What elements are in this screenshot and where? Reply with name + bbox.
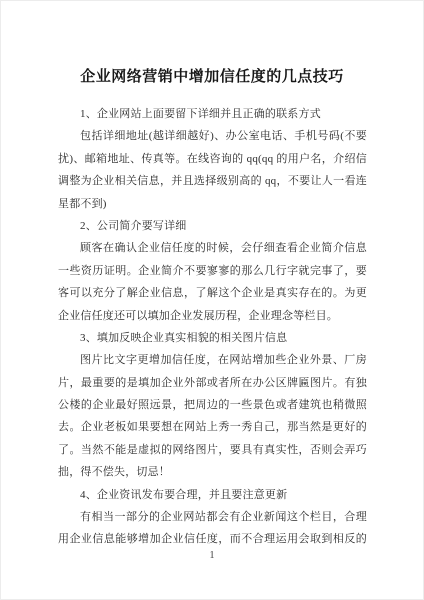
text-line: 扰)、邮箱地址、传真等。在线咨询的 qq(qq 的用户名，介绍信息都 <box>58 148 367 170</box>
text-line: 星都不到) <box>58 193 367 215</box>
text-line: 顾客在确认企业信任度的时候，会仔细查看企业简介信息包括 <box>58 237 367 259</box>
text-line: 一些资历证明。企业简介不要寥寥的那么几行字就完事了，要让顾 <box>58 260 367 282</box>
text-line: 了。当然不能是虚拟的网络图片，要具有真实性，否则会弄巧成 <box>58 439 367 461</box>
document-title: 企业网络营销中增加信任度的几点技巧 <box>45 65 379 89</box>
document-body: 1、企业网站上面要留下详细并且正确的联系方式包括详细地址(越详细越好)、办公室电… <box>58 103 367 551</box>
text-line: 2、公司简介要写详细 <box>58 215 367 237</box>
text-line: 公楼的企业最好照远景，把周边的一些景色或者建筑也稍微照点进 <box>58 394 367 416</box>
text-line: 去。企业老板如果要想在网站上秀一秀自己，那当然是更好的选择 <box>58 416 367 438</box>
text-line: 图片比文字更增加信任度，在网站增加些企业外景、厂房等图 <box>58 349 367 371</box>
document-page: 企业网络营销中增加信任度的几点技巧 1、企业网站上面要留下详细并且正确的联系方式… <box>0 0 424 600</box>
text-line: 3、填加反映企业真实相貌的相关图片信息 <box>58 327 367 349</box>
text-line: 用企业信息能够增加企业信任度，而不合理运用会取到相反的效 <box>58 528 367 550</box>
text-line: 企业信任度还可以填加企业发展历程，企业理念等栏目。 <box>58 305 367 327</box>
text-line: 1、企业网站上面要留下详细并且正确的联系方式 <box>58 103 367 125</box>
text-line: 有相当一部分的企业网站都会有企业新闻这个栏目，合理的运 <box>58 506 367 528</box>
text-line: 包括详细地址(越详细越好)、办公室电话、手机号码(不要怕骚 <box>58 125 367 147</box>
text-line: 片，最重要的是填加企业外部或者所在办公区牌匾图片。有独立办 <box>58 372 367 394</box>
text-line: 拙，得不偿失，切忌！ <box>58 461 367 483</box>
text-line: 调整为企业相关信息，并且选择级别高的 qq，不要让人一看连个星 <box>58 170 367 192</box>
text-line: 4、企业资讯发布要合理，并且要注意更新 <box>58 484 367 506</box>
text-line: 客可以充分了解企业信息，了解这个企业是真实存在的。为更增强 <box>58 282 367 304</box>
page-number: 1 <box>1 550 423 561</box>
